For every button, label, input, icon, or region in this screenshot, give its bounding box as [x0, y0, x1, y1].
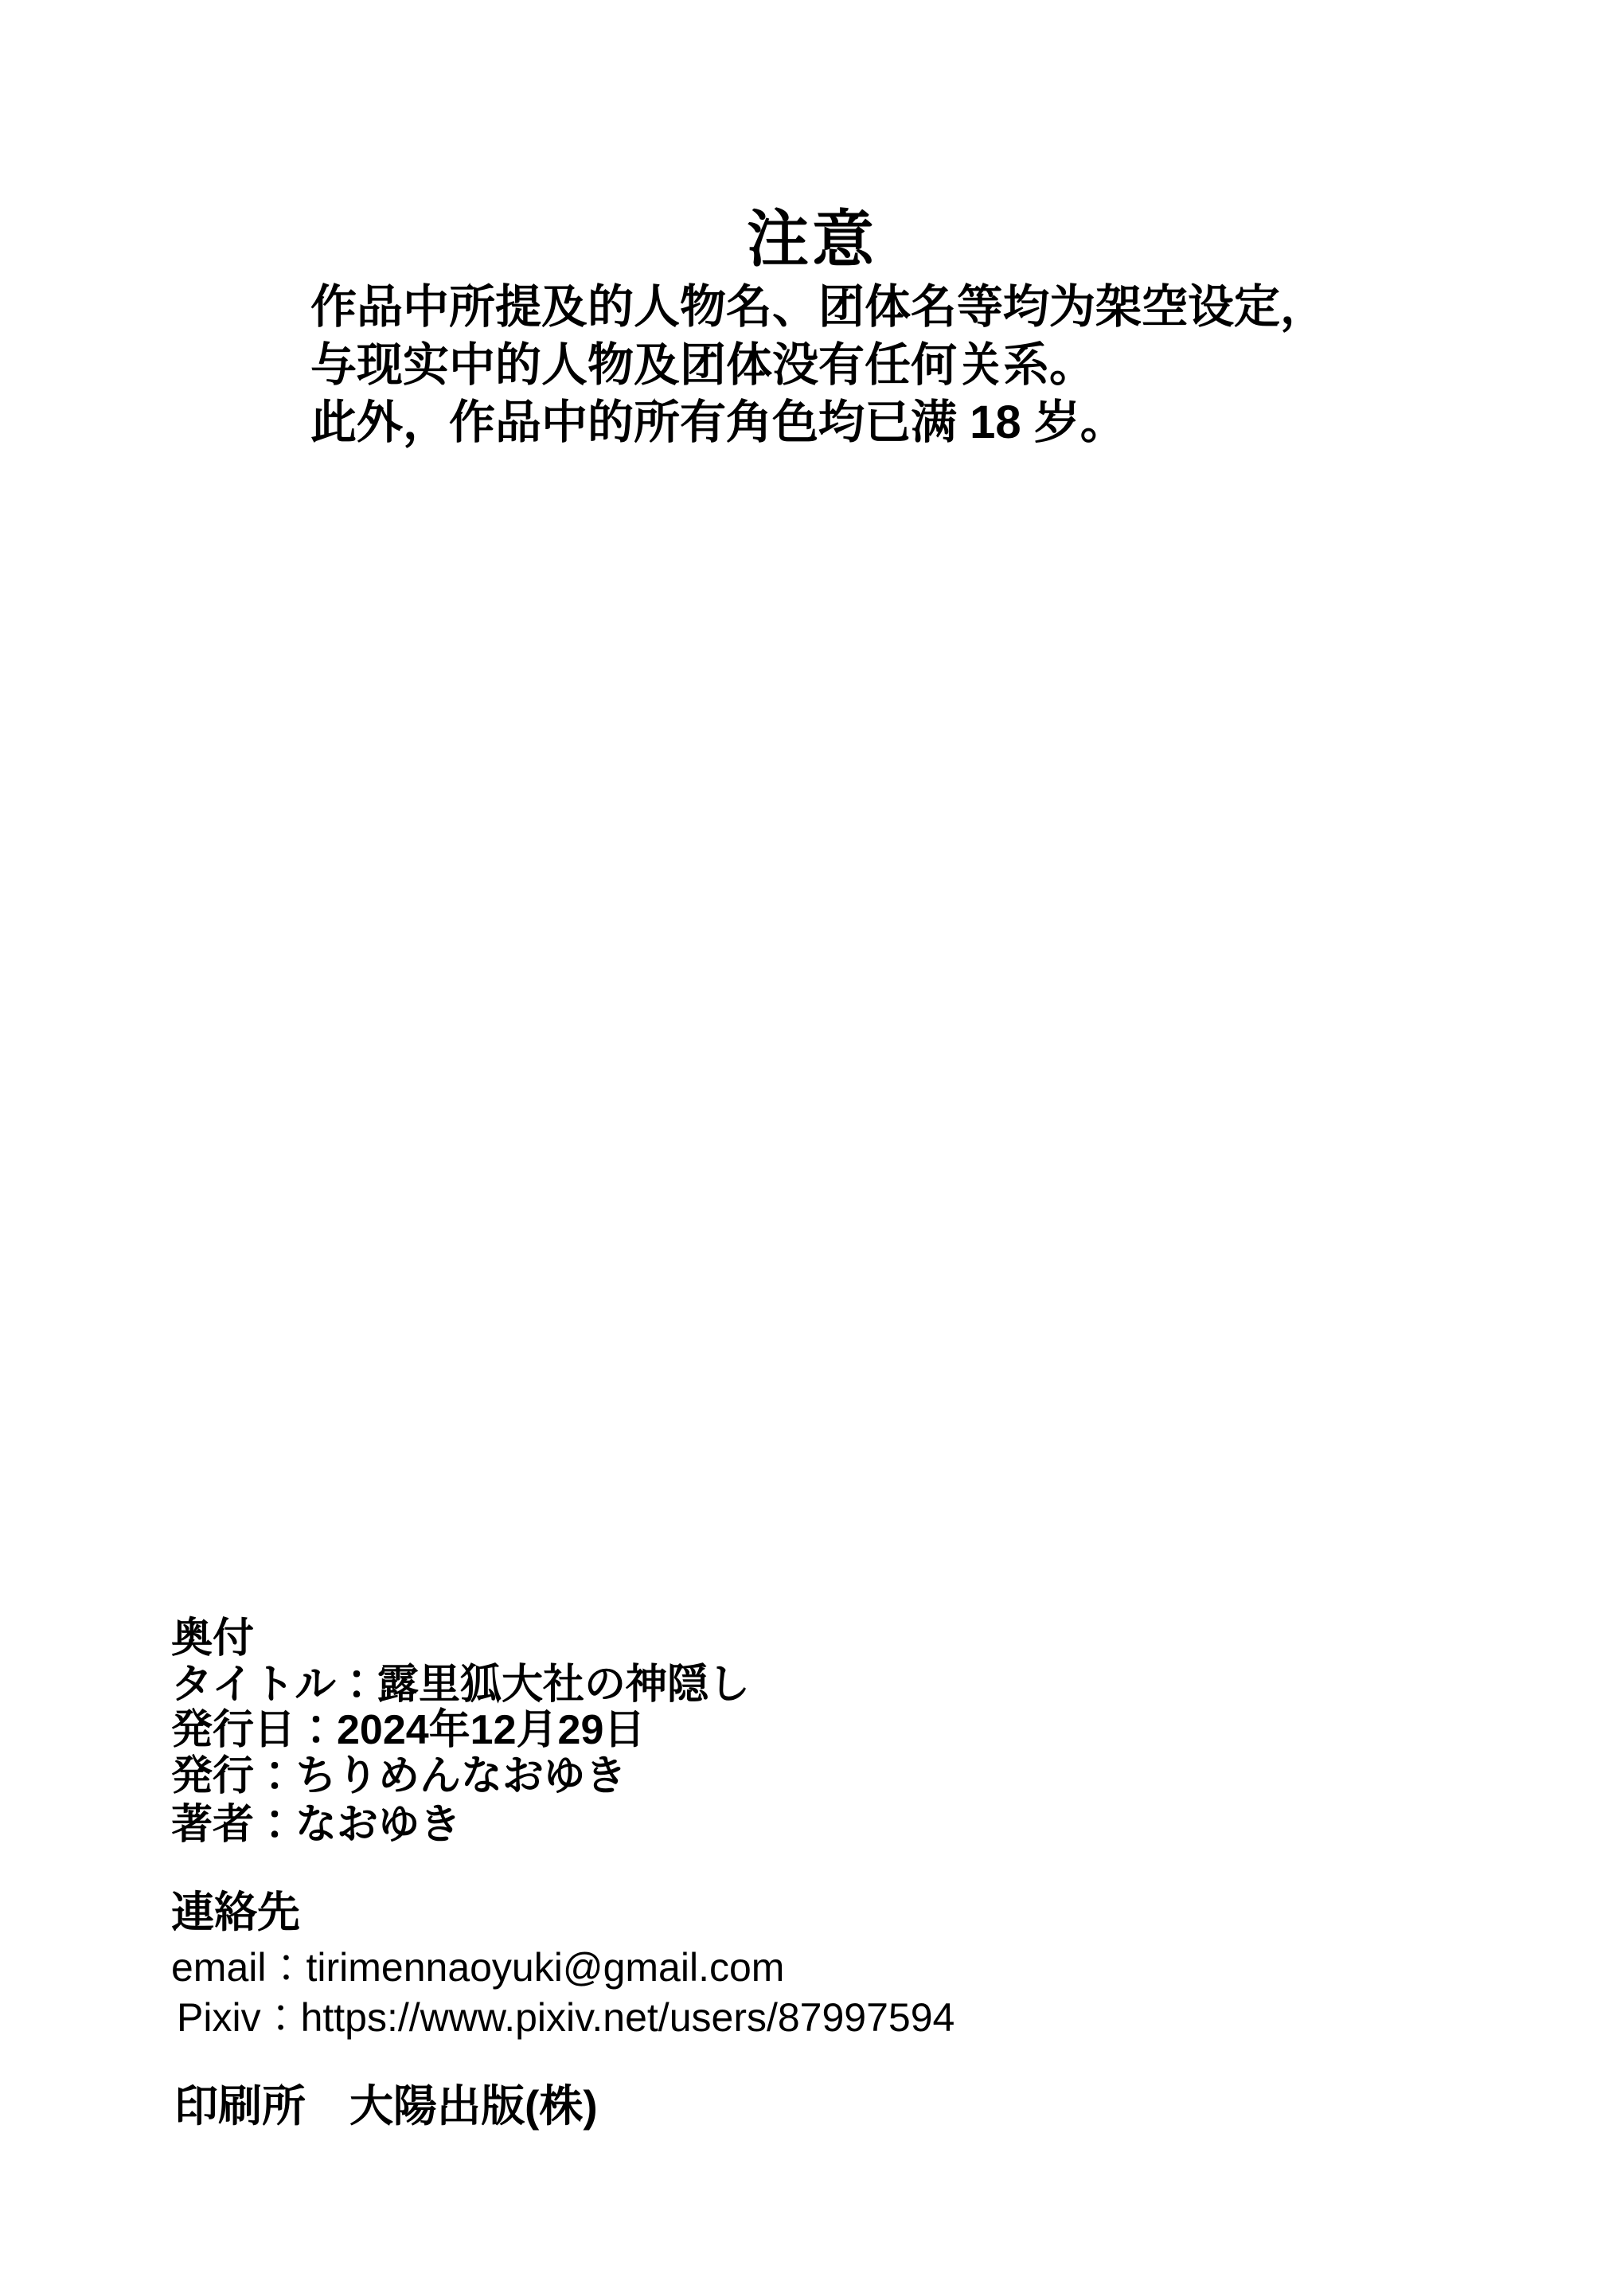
notice-line-1: 作品中所提及的人物名、团体名等均为架空设定， [310, 279, 1326, 337]
notice-title: 注意 [0, 205, 1624, 274]
notice-line-2: 与现实中的人物及团体没有任何关系。 [310, 337, 1326, 395]
colophon-author-line: 著者：なおゆき [171, 1803, 750, 1849]
contact-block: 連絡先 email：tirimennaoyuki@gmail.com Pixiv… [171, 1889, 954, 2043]
contact-pixiv-line: Pixiv：https://www.pixiv.net/users/879975… [171, 1993, 954, 2043]
contact-email-line: email：tirimennaoyuki@gmail.com [171, 1943, 954, 1993]
notice-disclaimer: 作品中所提及的人物名、团体名等均为架空设定， 与现实中的人物及团体没有任何关系。… [310, 279, 1326, 452]
colophon-publisher-line: 発行：ちりめんなおゆき [171, 1754, 750, 1800]
colophon-block: 奥付 タイトル：露里狐大社の神隠し 発行日：2024年12月29日 発行：ちりめ… [171, 1616, 750, 1849]
colophon-date-line: 発行日：2024年12月29日 [171, 1708, 750, 1754]
printer-line: 印刷所 大陽出版(株) [174, 2080, 598, 2132]
notice-line-3: 此外，作品中的所有角色均已满 18 岁。 [310, 394, 1326, 452]
colophon-heading: 奥付 [171, 1616, 750, 1662]
colophon-title-line: タイトル：露里狐大社の神隠し [171, 1662, 750, 1709]
contact-heading: 連絡先 [171, 1889, 954, 1936]
